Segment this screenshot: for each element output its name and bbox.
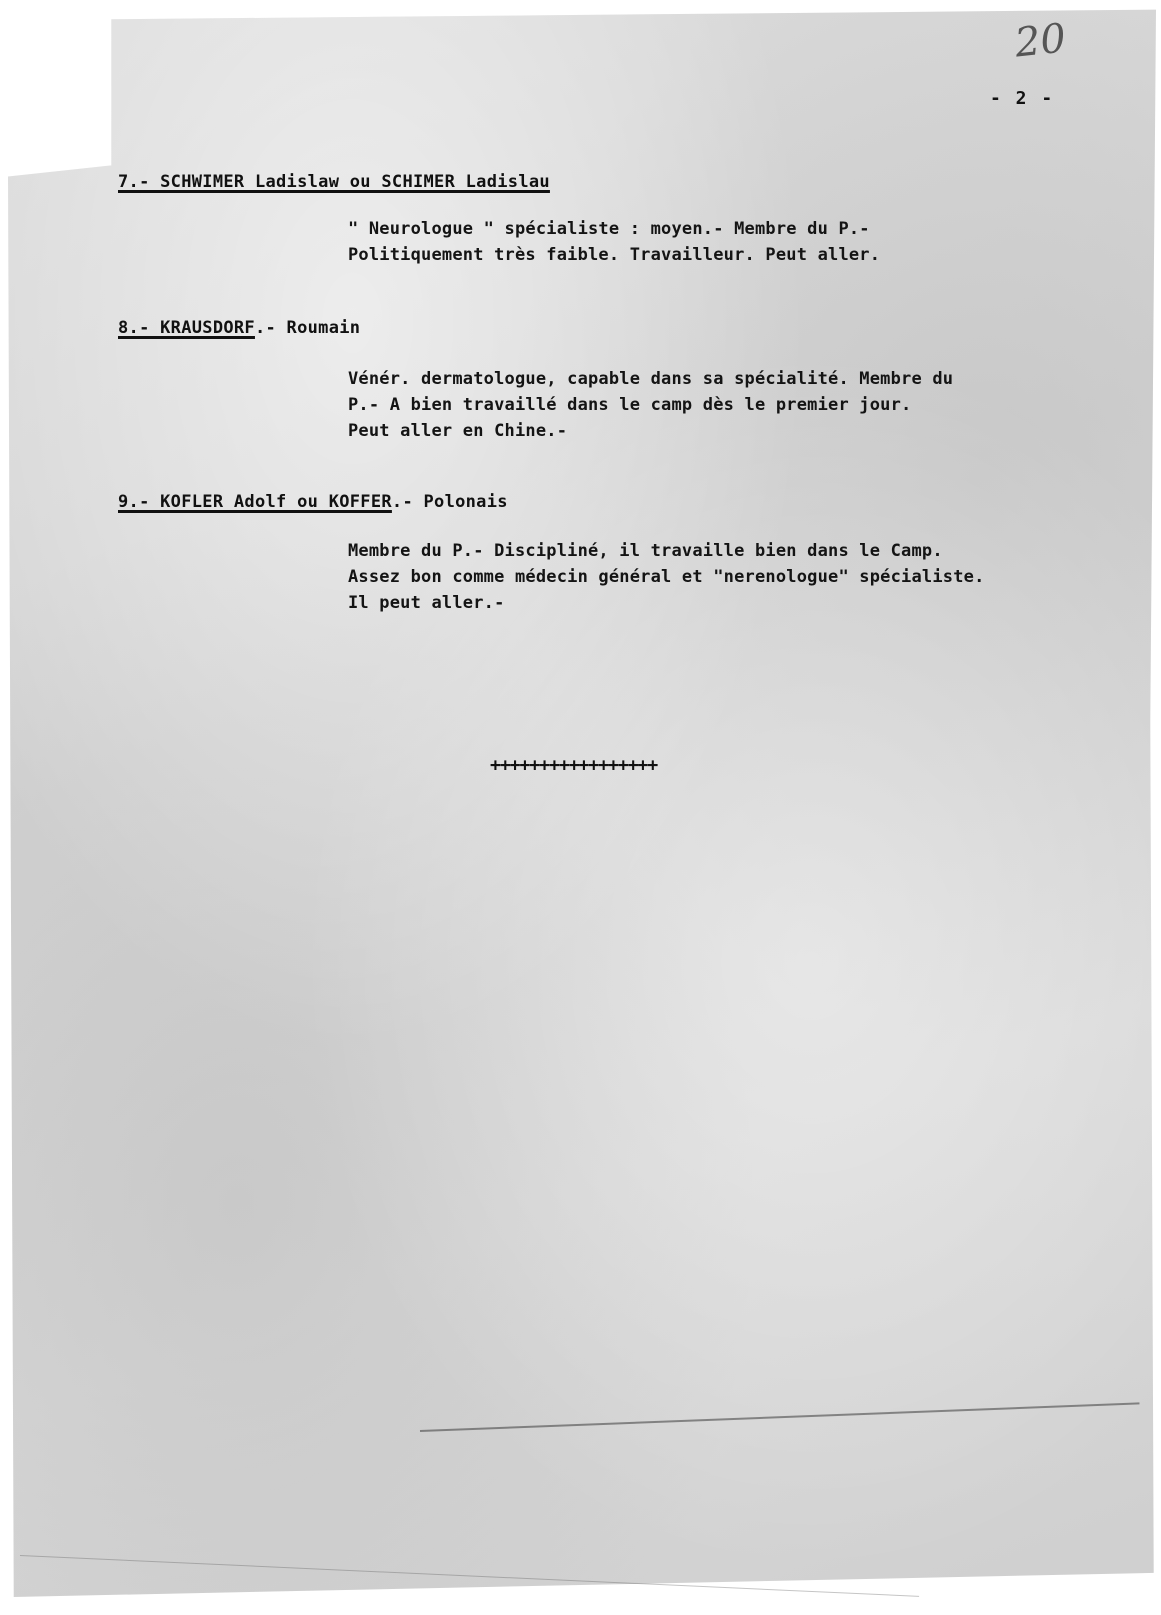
entry-nationality: .- Roumain bbox=[255, 318, 360, 338]
entry-description: Vénér. dermatologue, capable dans sa spé… bbox=[348, 366, 953, 444]
text-line: P.- A bien travaillé dans le camp dès le… bbox=[348, 392, 953, 418]
handwritten-folio-number: 20 bbox=[1013, 15, 1068, 66]
text-line: Il peut aller.- bbox=[348, 590, 985, 616]
section-separator: +++++++++++++++++ bbox=[490, 755, 657, 776]
entry-name: 8.- KRAUSDORF bbox=[118, 318, 255, 338]
entry-nationality: .- Polonais bbox=[392, 492, 508, 512]
text-line: Assez bon comme médecin général et "nere… bbox=[348, 564, 985, 590]
entry-heading: 7.- SCHWIMER Ladislaw ou SCHIMER Ladisla… bbox=[118, 172, 550, 192]
entry-description: " Neurologue " spécialiste : moyen.- Mem… bbox=[348, 216, 880, 268]
entry-heading: 8.- KRAUSDORF.- Roumain bbox=[118, 318, 360, 338]
entry-description: Membre du P.- Discipliné, il travaille b… bbox=[348, 538, 985, 616]
text-line: Politiquement très faible. Travailleur. … bbox=[348, 242, 880, 268]
entry-name: 9.- KOFLER Adolf ou KOFFER bbox=[118, 492, 392, 512]
text-line: Peut aller en Chine.- bbox=[348, 418, 953, 444]
entry-heading: 9.- KOFLER Adolf ou KOFFER.- Polonais bbox=[118, 492, 508, 512]
page-number: - 2 - bbox=[990, 88, 1054, 109]
text-line: Vénér. dermatologue, capable dans sa spé… bbox=[348, 366, 953, 392]
text-line: " Neurologue " spécialiste : moyen.- Mem… bbox=[348, 216, 880, 242]
entry-name: 7.- SCHWIMER Ladislaw ou SCHIMER Ladisla… bbox=[118, 172, 550, 192]
text-line: Membre du P.- Discipliné, il travaille b… bbox=[348, 538, 985, 564]
